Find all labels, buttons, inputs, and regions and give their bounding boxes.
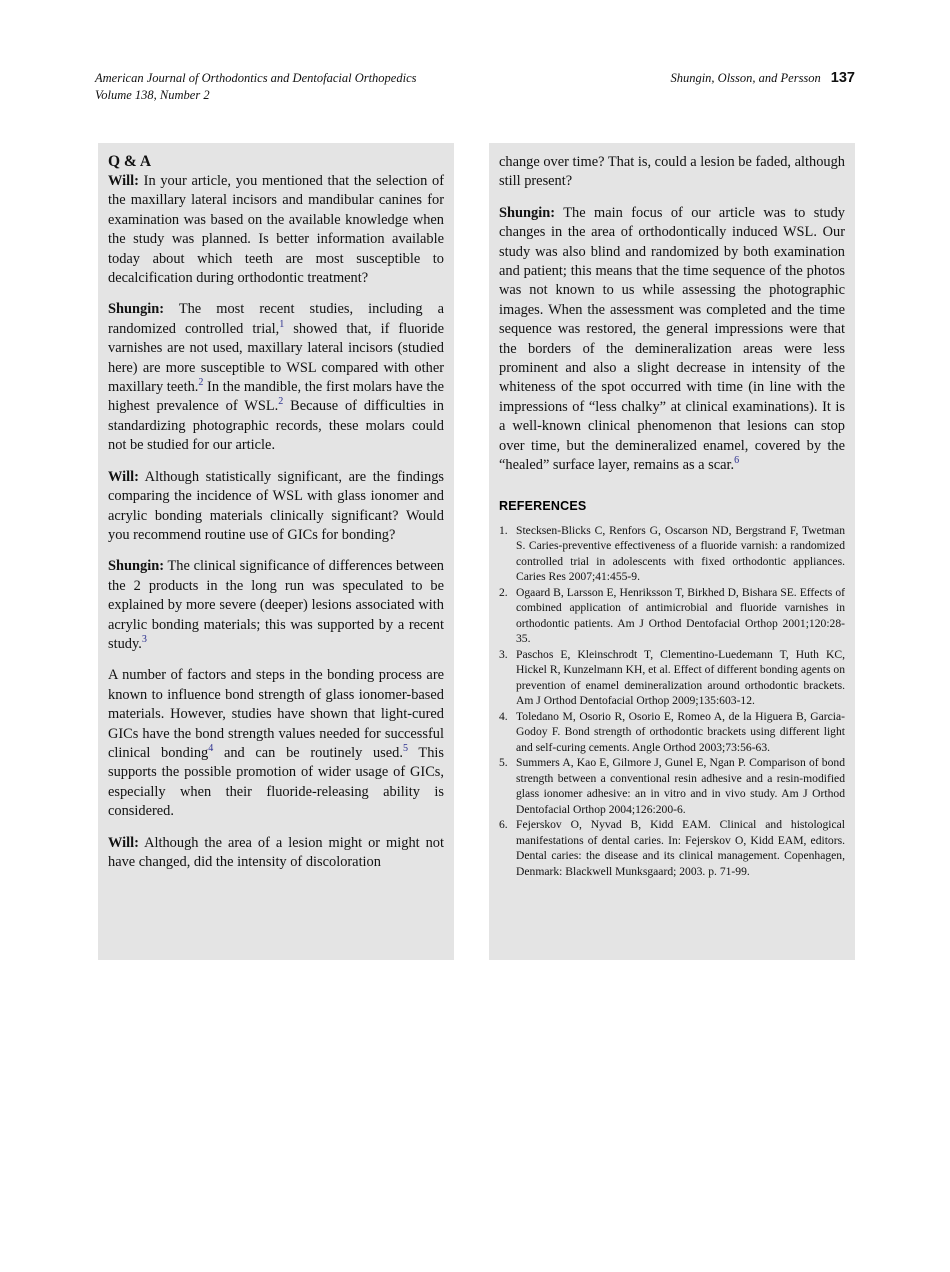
qa-paragraph-shungin-1: Shungin: The most recent studies, includ… (108, 300, 444, 455)
reference-item-3: 3. Paschos E, Kleinschrodt T, Clementino… (499, 647, 845, 709)
reference-item-4: 4. Toledano M, Osorio R, Osorio E, Romeo… (499, 709, 845, 756)
running-head: American Journal of Orthodontics and Den… (95, 70, 855, 104)
qa-paragraph-shungin-3: Shungin: The main focus of our article w… (499, 204, 845, 476)
qa-paragraph-will-2: Will: Although statistically significant… (108, 468, 444, 546)
qa-paragraph-will-3-continued: change over time? That is, could a lesio… (499, 153, 845, 192)
qa-left-panel: Q & A Will: In your article, you mention… (98, 143, 454, 960)
page-number: 137 (831, 70, 855, 86)
reference-text: Ogaard B, Larsson E, Henriksson T, Birkh… (516, 585, 845, 647)
reference-text: Summers A, Kao E, Gilmore J, Gunel E, Ng… (516, 755, 845, 817)
references-title: REFERENCES (499, 499, 845, 513)
qa-section-title: Q & A (108, 152, 444, 172)
references-list: 1. Stecksen-Blicks C, Renfors G, Oscarso… (499, 523, 845, 880)
reference-text: Stecksen-Blicks C, Renfors G, Oscarson N… (516, 523, 845, 585)
page-header-right: Shungin, Olsson, and Persson 137 (670, 70, 855, 86)
reference-number: 3. (499, 647, 516, 709)
journal-issue: Volume 138, Number 2 (95, 87, 417, 104)
reference-number: 1. (499, 523, 516, 585)
qa-right-panel: change over time? That is, could a lesio… (489, 143, 855, 960)
reference-text: Fejerskov O, Nyvad B, Kidd EAM. Clinical… (516, 817, 845, 879)
reference-text: Paschos E, Kleinschrodt T, Clementino-Lu… (516, 647, 845, 709)
journal-header-block: American Journal of Orthodontics and Den… (95, 70, 417, 104)
reference-item-5: 5. Summers A, Kao E, Gilmore J, Gunel E,… (499, 755, 845, 817)
reference-number: 6. (499, 817, 516, 879)
running-authors: Shungin, Olsson, and Persson (670, 71, 820, 86)
reference-text: Toledano M, Osorio R, Osorio E, Romeo A,… (516, 709, 845, 756)
qa-paragraph-will-3: Will: Although the area of a lesion migh… (108, 834, 444, 873)
journal-title: American Journal of Orthodontics and Den… (95, 70, 417, 87)
qa-paragraph-will-1: Will: In your article, you mentioned tha… (108, 172, 444, 288)
reference-number: 2. (499, 585, 516, 647)
reference-number: 5. (499, 755, 516, 817)
reference-item-1: 1. Stecksen-Blicks C, Renfors G, Oscarso… (499, 523, 845, 585)
reference-item-6: 6. Fejerskov O, Nyvad B, Kidd EAM. Clini… (499, 817, 845, 879)
reference-number: 4. (499, 709, 516, 756)
qa-paragraph-continuation: A number of factors and steps in the bon… (108, 666, 444, 821)
reference-item-2: 2. Ogaard B, Larsson E, Henriksson T, Bi… (499, 585, 845, 647)
qa-paragraph-shungin-2: Shungin: The clinical significance of di… (108, 557, 444, 654)
